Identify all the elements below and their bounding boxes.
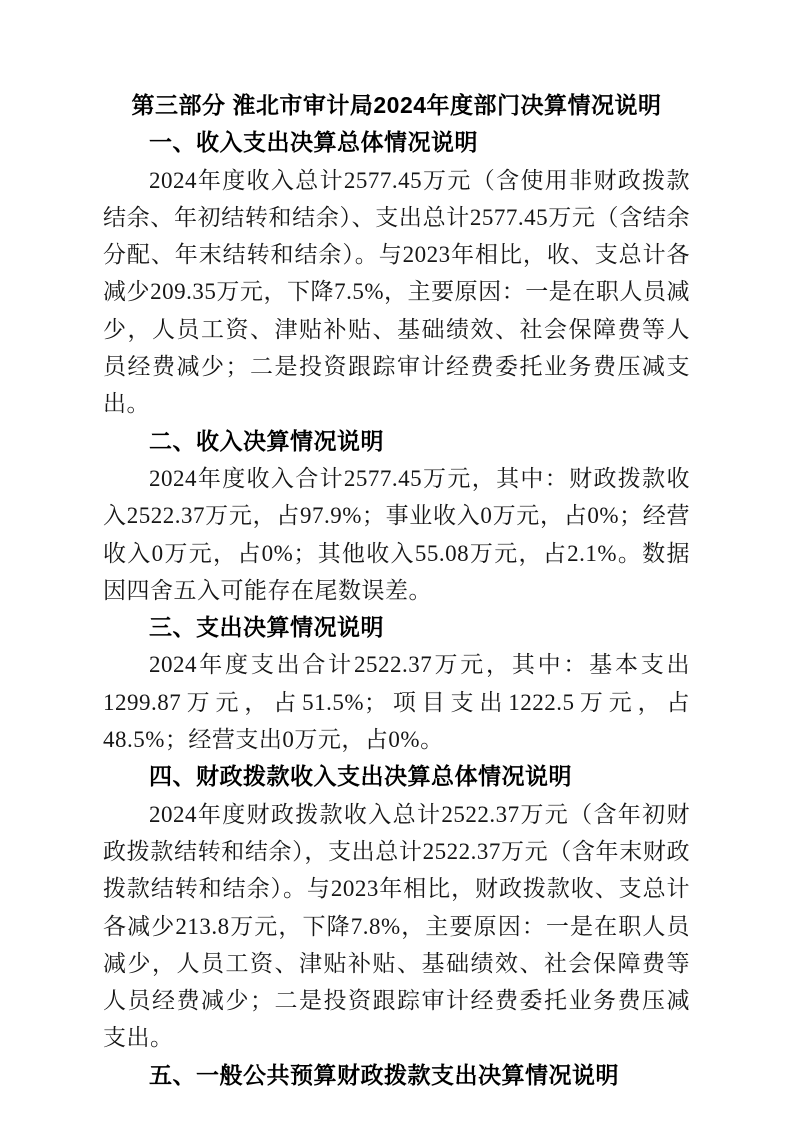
section-expenditure-details: 三、支出决算情况说明 2024年度支出合计2522.37万元，其中：基本支出12… — [103, 609, 690, 758]
section-heading-revenue-details: 二、收入决算情况说明 — [103, 423, 690, 460]
section-revenue-expenditure-overall: 一、收入支出决算总体情况说明 2024年度收入总计2577.45万元（含使用非财… — [103, 124, 690, 422]
document-title: 第三部分 淮北市审计局2024年度部门决算情况说明 — [103, 87, 690, 124]
section-general-public-budget-expenditure: 五、一般公共预算财政拨款支出决算情况说明 — [103, 1057, 690, 1094]
section-paragraph-revenue-details: 2024年度收入合计2577.45万元，其中：财政拨款收入2522.37万元，占… — [103, 460, 690, 609]
section-revenue-details: 二、收入决算情况说明 2024年度收入合计2577.45万元，其中：财政拨款收入… — [103, 423, 690, 609]
section-paragraph-revenue-expenditure-overall: 2024年度收入总计2577.45万元（含使用非财政拨款结余、年初结转和结余）、… — [103, 162, 690, 423]
section-heading-expenditure-details: 三、支出决算情况说明 — [103, 609, 690, 646]
section-heading-fiscal-appropriation-overall: 四、财政拨款收入支出决算总体情况说明 — [103, 758, 690, 795]
section-fiscal-appropriation-overall: 四、财政拨款收入支出决算总体情况说明 2024年度财政拨款收入总计2522.37… — [103, 758, 690, 1056]
section-heading-general-public-budget-expenditure: 五、一般公共预算财政拨款支出决算情况说明 — [103, 1057, 690, 1094]
section-paragraph-expenditure-details: 2024年度支出合计2522.37万元，其中：基本支出1299.87万元，占51… — [103, 646, 690, 758]
section-heading-revenue-expenditure-overall: 一、收入支出决算总体情况说明 — [103, 124, 690, 161]
document-page: 第三部分 淮北市审计局2024年度部门决算情况说明 一、收入支出决算总体情况说明… — [0, 0, 793, 1122]
section-paragraph-fiscal-appropriation-overall: 2024年度财政拨款收入总计2522.37万元（含年初财政拨款结转和结余），支出… — [103, 796, 690, 1057]
